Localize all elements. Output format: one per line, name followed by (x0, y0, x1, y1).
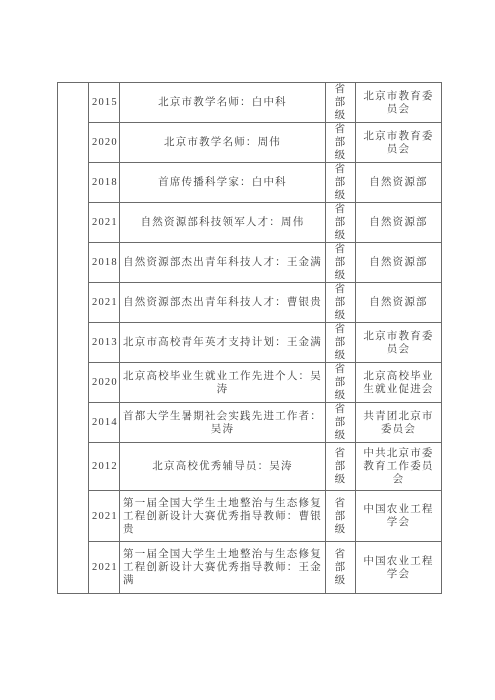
award-name-cell: 北京高校优秀辅导员：吴涛 (120, 443, 326, 491)
year-cell: 2021 (89, 283, 120, 323)
award-name-cell: 首席传播科学家：白中科 (120, 163, 326, 203)
issuer-cell: 共青团北京市委员会 (356, 403, 442, 443)
level-cell: 省部级 (326, 83, 356, 123)
level-cell: 省部级 (326, 283, 356, 323)
year-cell: 2015 (89, 83, 120, 123)
year-cell: 2018 (89, 163, 120, 203)
table-row: 2015北京市教学名师：白中科省部级北京市教育委员会 (58, 83, 442, 123)
issuer-cell: 中共北京市委教育工作委员会 (356, 443, 442, 491)
level-cell: 省部级 (326, 443, 356, 491)
issuer-cell: 北京市教育委员会 (356, 323, 442, 363)
year-cell: 2020 (89, 363, 120, 403)
award-name-cell: 第一届全国大学生土地整治与生态修复工程创新设计大赛优秀指导教师：王金满 (120, 542, 326, 594)
table-row: 2018首席传播科学家：白中科省部级自然资源部 (58, 163, 442, 203)
year-cell: 2021 (89, 491, 120, 542)
issuer-cell: 自然资源部 (356, 283, 442, 323)
issuer-cell: 自然资源部 (356, 203, 442, 243)
table-row: 2021自然资源部杰出青年科技人才：曹银贵省部级自然资源部 (58, 283, 442, 323)
level-cell: 省部级 (326, 491, 356, 542)
award-name-cell: 首都大学生暑期社会实践先进工作者：吴涛 (120, 403, 326, 443)
awards-table: 2015北京市教学名师：白中科省部级北京市教育委员会2020北京市教学名师：周伟… (57, 82, 442, 594)
table-row: 2020北京市教学名师：周伟省部级北京市教育委员会 (58, 123, 442, 163)
level-cell: 省部级 (326, 123, 356, 163)
year-cell: 2021 (89, 203, 120, 243)
level-cell: 省部级 (326, 363, 356, 403)
level-cell: 省部级 (326, 403, 356, 443)
year-cell: 2020 (89, 123, 120, 163)
award-name-cell: 自然资源部科技领军人才：周伟 (120, 203, 326, 243)
award-name-cell: 北京市教学名师：周伟 (120, 123, 326, 163)
category-cell (58, 83, 89, 594)
award-name-cell: 第一届全国大学生土地整治与生态修复工程创新设计大赛优秀指导教师：曹银贵 (120, 491, 326, 542)
issuer-cell: 北京市教育委员会 (356, 123, 442, 163)
issuer-cell: 北京高校毕业生就业促进会 (356, 363, 442, 403)
level-cell: 省部级 (326, 163, 356, 203)
level-cell: 省部级 (326, 542, 356, 594)
level-cell: 省部级 (326, 243, 356, 283)
award-name-cell: 北京市高校青年英才支持计划：王金满 (120, 323, 326, 363)
issuer-cell: 自然资源部 (356, 163, 442, 203)
year-cell: 2018 (89, 243, 120, 283)
table-row: 2020北京高校毕业生就业工作先进个人：吴涛省部级北京高校毕业生就业促进会 (58, 363, 442, 403)
year-cell: 2012 (89, 443, 120, 491)
award-name-cell: 自然资源部杰出青年科技人才：曹银贵 (120, 283, 326, 323)
level-cell: 省部级 (326, 323, 356, 363)
table-row: 2012北京高校优秀辅导员：吴涛省部级中共北京市委教育工作委员会 (58, 443, 442, 491)
document-page: 2015北京市教学名师：白中科省部级北京市教育委员会2020北京市教学名师：周伟… (0, 0, 495, 700)
table-row: 2021第一届全国大学生土地整治与生态修复工程创新设计大赛优秀指导教师：曹银贵省… (58, 491, 442, 542)
issuer-cell: 中国农业工程学会 (356, 542, 442, 594)
level-cell: 省部级 (326, 203, 356, 243)
award-name-cell: 自然资源部杰出青年科技人才：王金满 (120, 243, 326, 283)
award-name-cell: 北京市教学名师：白中科 (120, 83, 326, 123)
year-cell: 2014 (89, 403, 120, 443)
table-row: 2018自然资源部杰出青年科技人才：王金满省部级自然资源部 (58, 243, 442, 283)
issuer-cell: 自然资源部 (356, 243, 442, 283)
table-row: 2013北京市高校青年英才支持计划：王金满省部级北京市教育委员会 (58, 323, 442, 363)
issuer-cell: 北京市教育委员会 (356, 83, 442, 123)
year-cell: 2021 (89, 542, 120, 594)
issuer-cell: 中国农业工程学会 (356, 491, 442, 542)
awards-table-body: 2015北京市教学名师：白中科省部级北京市教育委员会2020北京市教学名师：周伟… (58, 83, 442, 594)
table-row: 2021自然资源部科技领军人才：周伟省部级自然资源部 (58, 203, 442, 243)
table-row: 2021第一届全国大学生土地整治与生态修复工程创新设计大赛优秀指导教师：王金满省… (58, 542, 442, 594)
year-cell: 2013 (89, 323, 120, 363)
award-name-cell: 北京高校毕业生就业工作先进个人：吴涛 (120, 363, 326, 403)
table-row: 2014首都大学生暑期社会实践先进工作者：吴涛省部级共青团北京市委员会 (58, 403, 442, 443)
